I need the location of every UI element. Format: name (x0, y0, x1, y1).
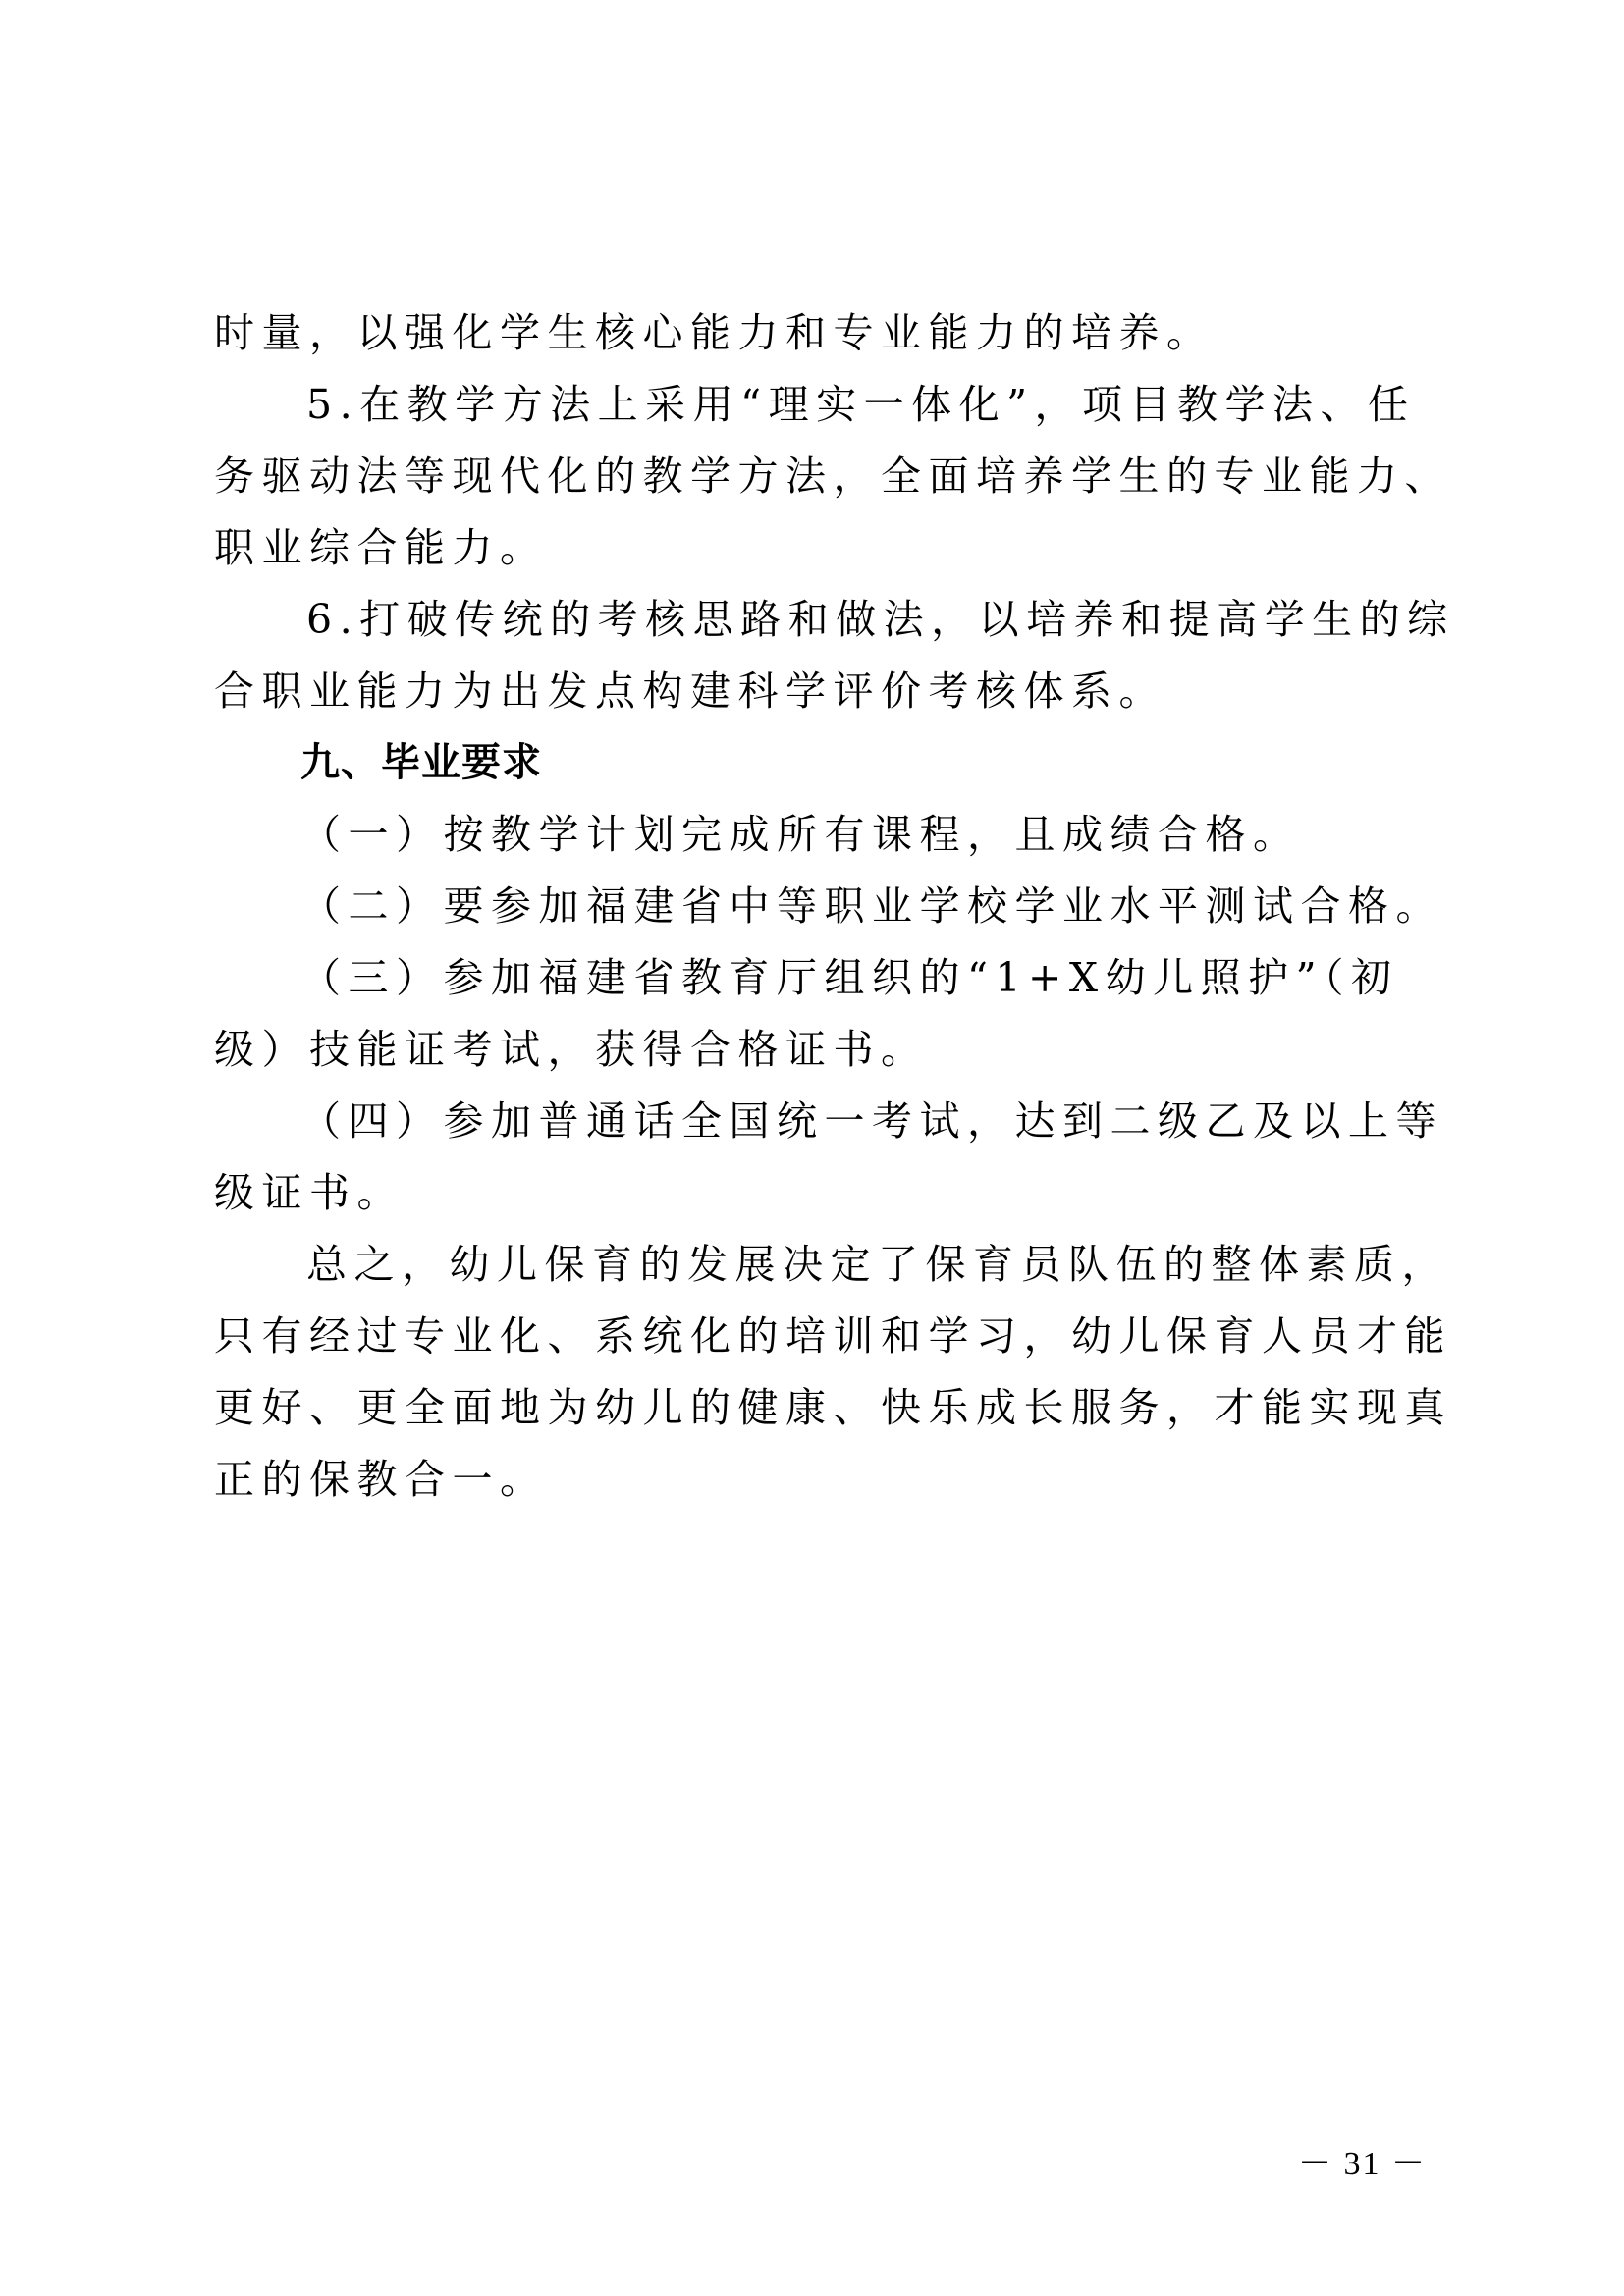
paragraph-6-line-1: 6.打破传统的考核思路和做法，以培养和提高学生的综 (306, 592, 1455, 664)
paragraph-5-line-3: 职业综合能力。 (214, 520, 548, 592)
requirement-3-line-2: 级）技能证考试，获得合格证书。 (214, 1022, 929, 1094)
requirement-2: （二）要参加福建省中等职业学校学业水平测试合格。 (300, 879, 1443, 950)
paragraph-continuation-line: 时量，以强化学生核心能力和专业能力的培养。 (214, 305, 1215, 377)
paragraph-6-line-2: 合职业能力为出发点构建科学评价考核体系。 (214, 664, 1166, 735)
conclusion-line-2: 只有经过专业化、系统化的培训和学习，幼儿保育人员才能 (214, 1308, 1452, 1380)
requirement-3-line-1: （三）参加福建省教育厅组织的“1+X幼儿照护”（初 (300, 950, 1399, 1022)
conclusion-line-4: 正的保教合一。 (214, 1452, 548, 1523)
document-page: 时量，以强化学生核心能力和专业能力的培养。 5.在教学方法上采用“理实一体化”，… (0, 0, 1624, 2296)
requirement-4-line-2: 级证书。 (214, 1165, 405, 1237)
paragraph-5-line-1: 5.在教学方法上采用“理实一体化”，项目教学法、任 (306, 377, 1416, 449)
section-heading: 九、毕业要求 (300, 735, 542, 807)
requirement-1: （一）按教学计划完成所有课程，且成绩合格。 (300, 807, 1301, 879)
page-number: － 31 － (1298, 2136, 1427, 2184)
requirement-4-line-1: （四）参加普通话全国统一考试，达到二级乙及以上等 (300, 1094, 1443, 1165)
conclusion-line-3: 更好、更全面地为幼儿的健康、快乐成长服务，才能实现真 (214, 1380, 1452, 1452)
conclusion-line-1: 总之，幼儿保育的发展决定了保育员队伍的整体素质， (306, 1237, 1449, 1308)
paragraph-5-line-2: 务驱动法等现代化的教学方法，全面培养学生的专业能力、 (214, 449, 1452, 520)
